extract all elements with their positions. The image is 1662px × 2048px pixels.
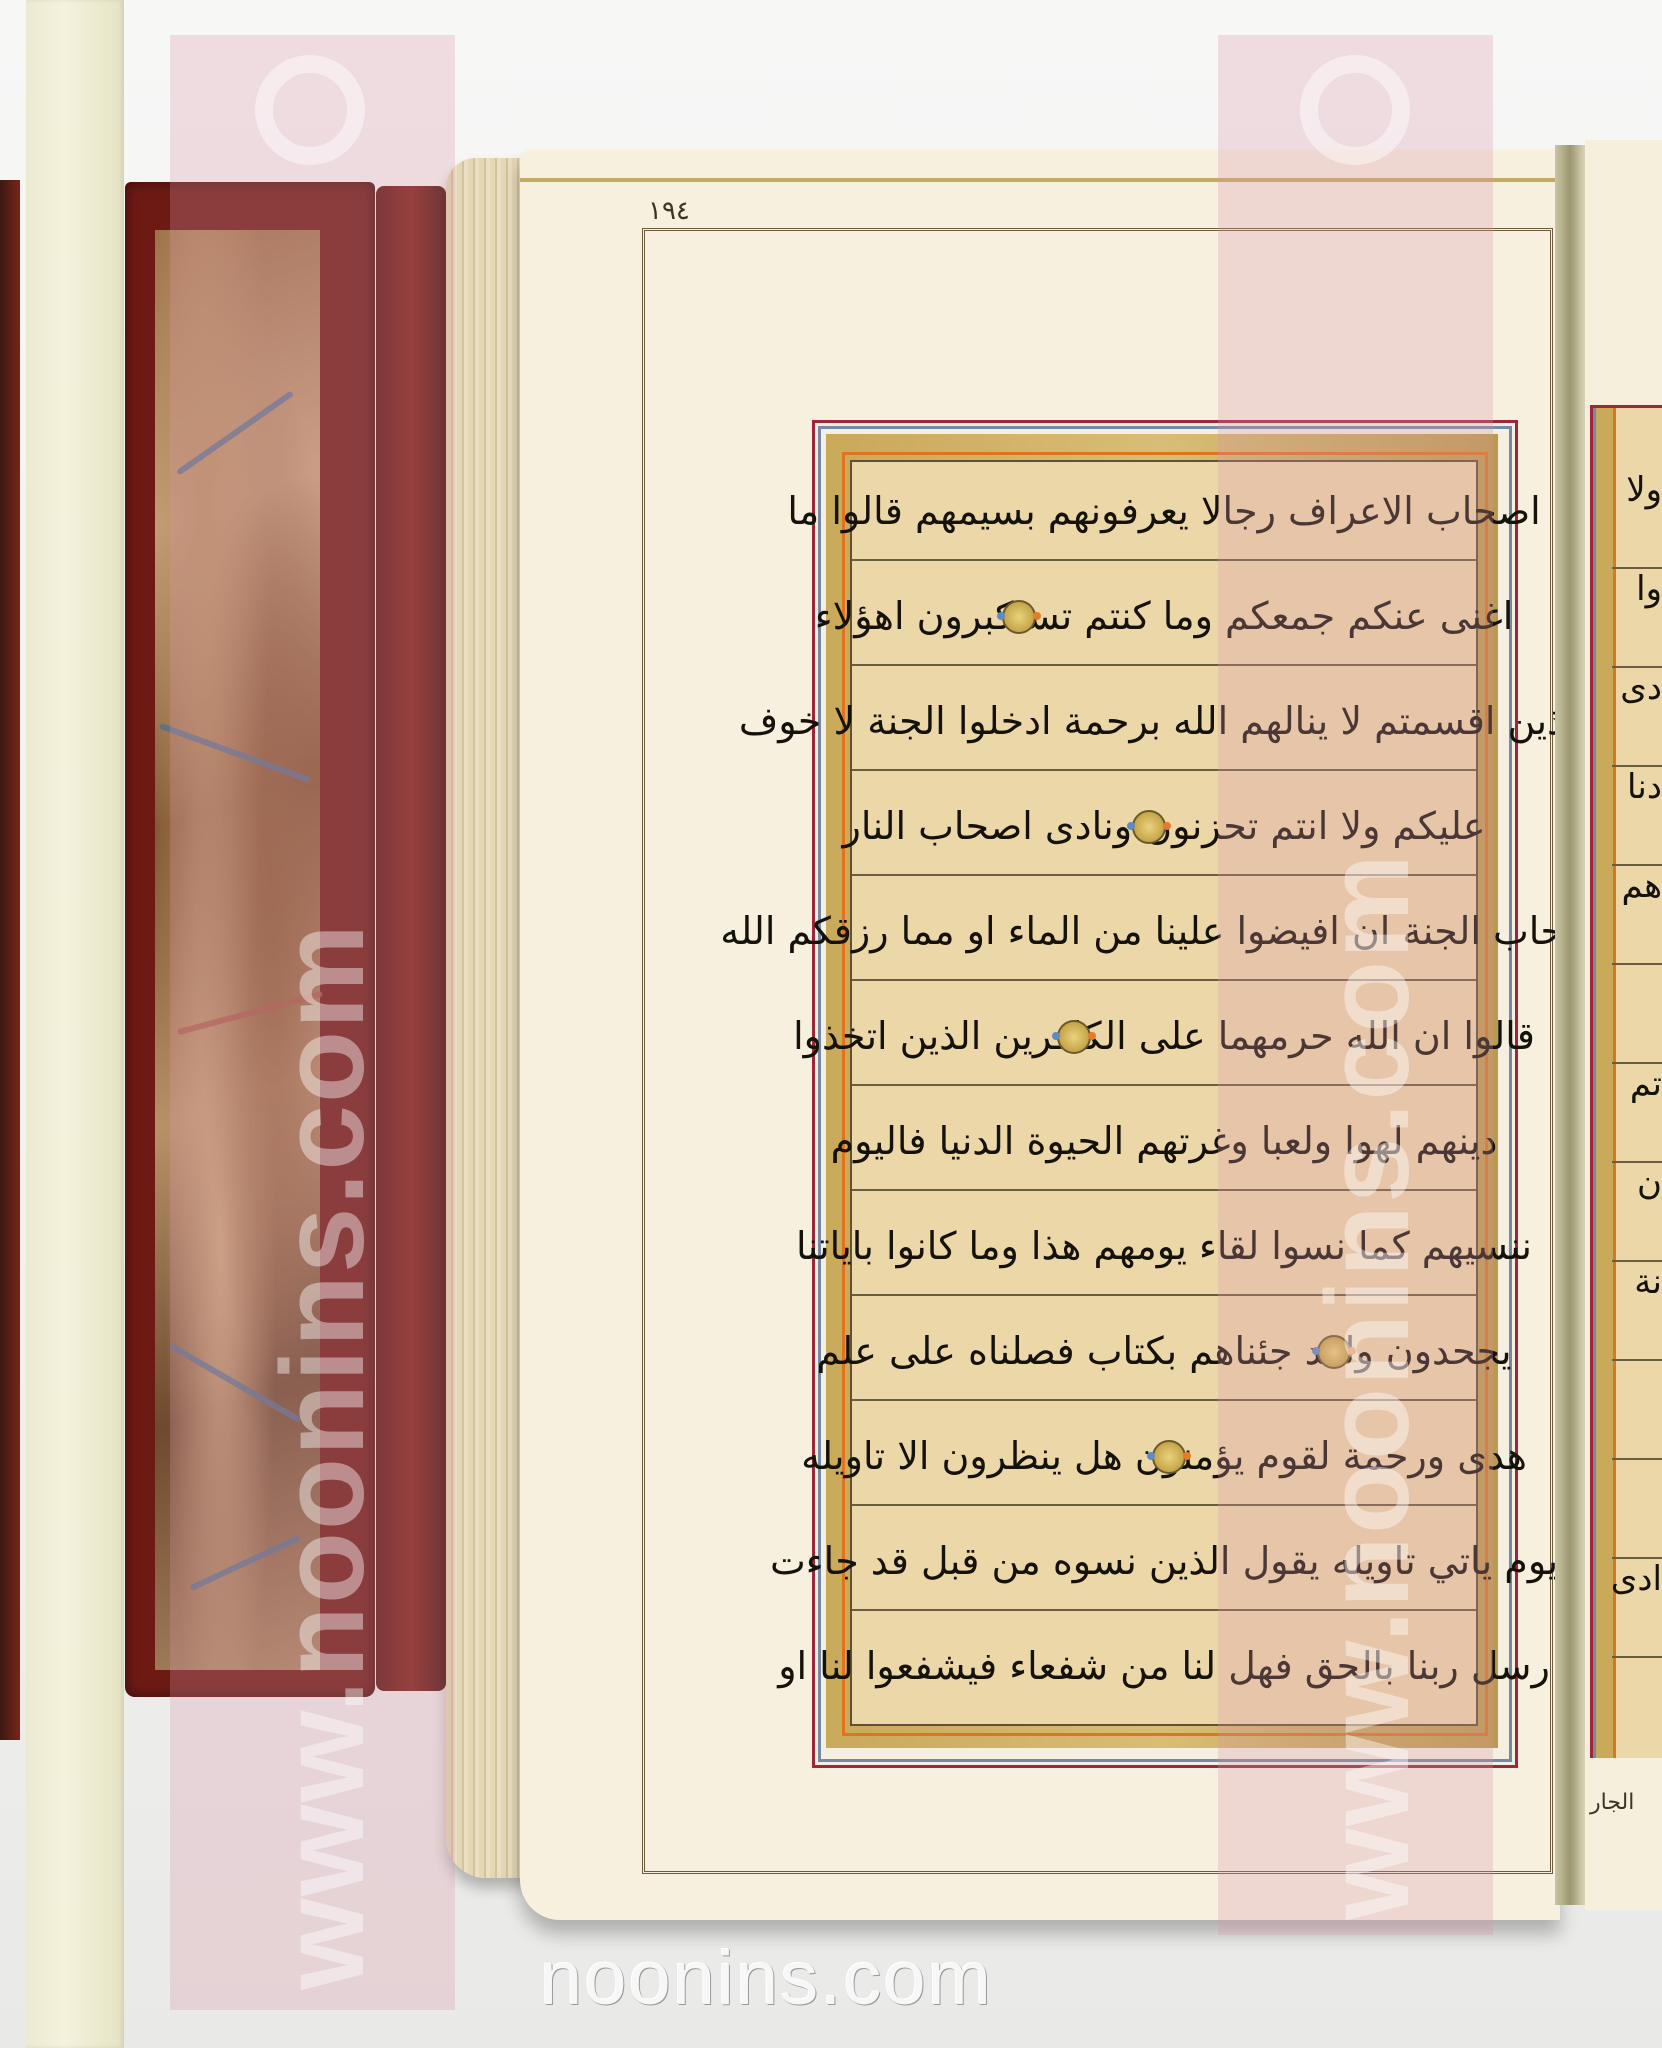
facing-text-lines: ولا وا دى دنا هم تم ن نة ادى: [1612, 470, 1662, 1730]
folio-number: ١٩٤: [648, 196, 690, 226]
verse-marker-icon: [1002, 600, 1036, 634]
watermark-logo-icon: [255, 55, 365, 165]
verse-marker-icon: [1132, 810, 1166, 844]
book-gutter: [1555, 145, 1585, 1905]
watermark-vertical-left: www.noonins.com: [255, 230, 391, 1990]
facing-line: نة: [1612, 1262, 1662, 1361]
facing-line: ن: [1612, 1163, 1662, 1262]
facing-line: [1612, 1460, 1662, 1559]
facing-line: [1612, 965, 1662, 1064]
catchword: الجار: [1590, 1790, 1634, 1815]
facing-line: دى: [1612, 668, 1662, 767]
facing-line: ادى: [1612, 1559, 1662, 1658]
adjacent-book-edge: [0, 180, 20, 1740]
facing-line: هم: [1612, 866, 1662, 965]
facing-line: وا: [1612, 569, 1662, 668]
verse-marker-icon: [1152, 1440, 1186, 1474]
facing-line: دنا: [1612, 767, 1662, 866]
cream-board: [26, 0, 124, 2048]
verse-marker-icon: [1057, 1020, 1091, 1054]
facing-line: تم: [1612, 1064, 1662, 1163]
facing-line: [1612, 1361, 1662, 1460]
watermark-logo-icon: [1300, 55, 1410, 165]
facing-line: ولا: [1612, 470, 1662, 569]
watermark-bottom: noonins.com: [540, 1935, 993, 2022]
watermark-vertical-right: www.noonins.com: [1300, 240, 1436, 1920]
